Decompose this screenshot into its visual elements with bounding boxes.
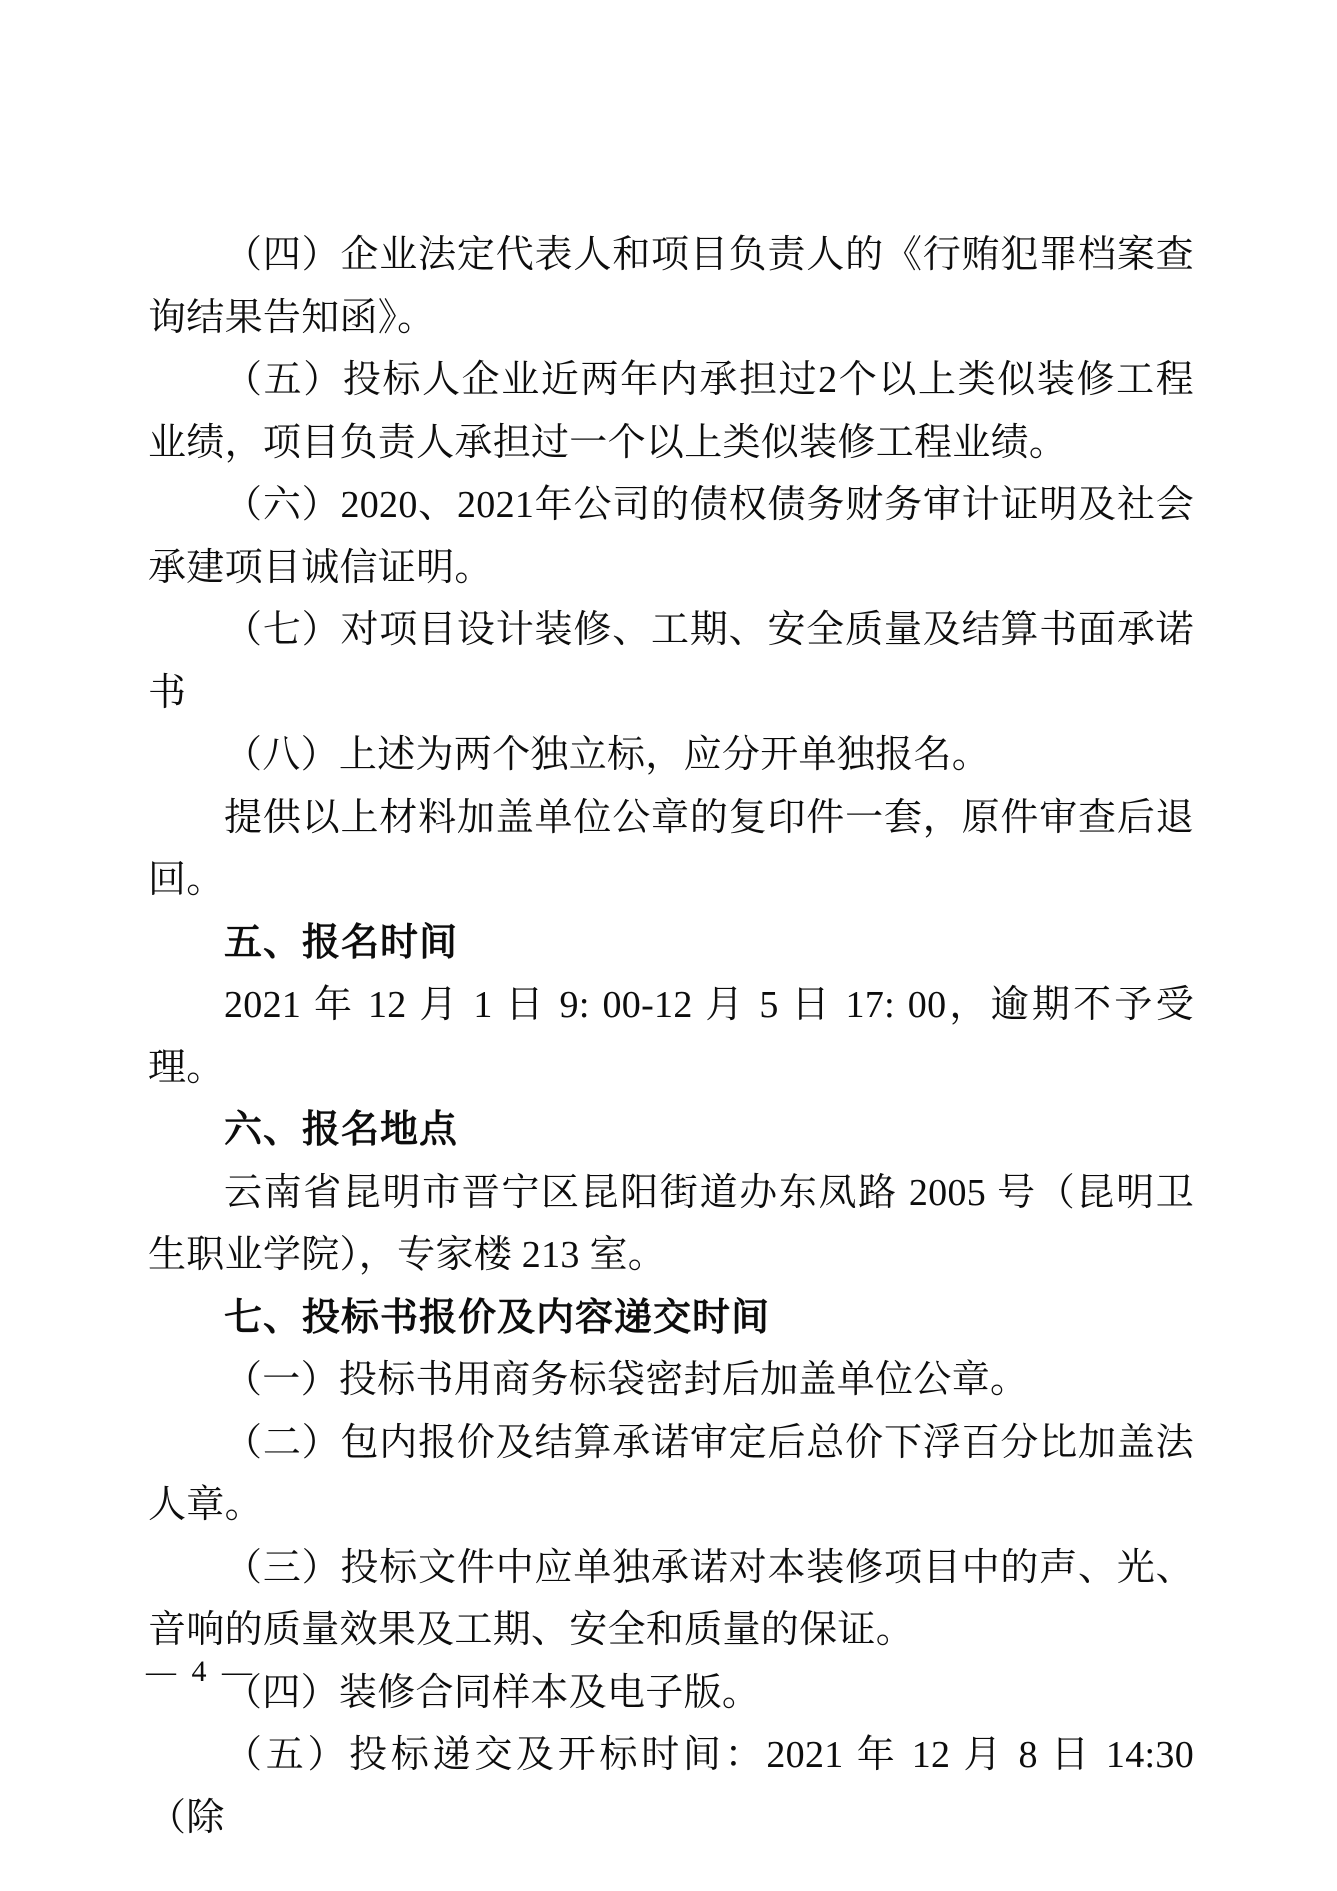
page-content: （四）企业法定代表人和项目负责人的《行贿犯罪档案查询结果告知函》。（五）投标人企… bbox=[148, 224, 1194, 1849]
document-page: （四）企业法定代表人和项目负责人的《行贿犯罪档案查询结果告知函》。（五）投标人企… bbox=[0, 0, 1337, 1891]
body-paragraph: 2021 年 12 月 1 日 9: 00-12 月 5 日 17: 00，逾期… bbox=[148, 974, 1194, 1099]
body-paragraph: （四）装修合同样本及电子版。 bbox=[148, 1662, 1194, 1725]
page-number: — 4 — bbox=[146, 1655, 256, 1689]
body-paragraph: （七）对项目设计装修、工期、安全质量及结算书面承诺书 bbox=[148, 599, 1194, 724]
body-paragraph: （八）上述为两个独立标，应分开单独报名。 bbox=[148, 724, 1194, 787]
body-paragraph: （三）投标文件中应单独承诺对本装修项目中的声、光、音响的质量效果及工期、安全和质… bbox=[148, 1537, 1194, 1662]
section-heading: 六、报名地点 bbox=[148, 1099, 1194, 1162]
body-paragraph: （一）投标书用商务标袋密封后加盖单位公章。 bbox=[148, 1349, 1194, 1412]
body-paragraph: 提供以上材料加盖单位公章的复印件一套，原件审查后退回。 bbox=[148, 787, 1194, 912]
body-paragraph: （四）企业法定代表人和项目负责人的《行贿犯罪档案查询结果告知函》。 bbox=[148, 224, 1194, 349]
section-heading: 七、投标书报价及内容递交时间 bbox=[148, 1287, 1194, 1350]
section-heading: 五、报名时间 bbox=[148, 912, 1194, 975]
body-paragraph: （五）投标人企业近两年内承担过2个以上类似装修工程业绩，项目负责人承担过一个以上… bbox=[148, 349, 1194, 474]
body-paragraph: （六）2020、2021年公司的债权债务财务审计证明及社会承建项目诚信证明。 bbox=[148, 474, 1194, 599]
body-paragraph: （五）投标递交及开标时间：2021 年 12 月 8 日 14:30（除 bbox=[148, 1724, 1194, 1849]
body-paragraph: 云南省昆明市晋宁区昆阳街道办东凤路 2005 号（昆明卫生职业学院），专家楼 2… bbox=[148, 1162, 1194, 1287]
body-paragraph: （二）包内报价及结算承诺审定后总价下浮百分比加盖法人章。 bbox=[148, 1412, 1194, 1537]
